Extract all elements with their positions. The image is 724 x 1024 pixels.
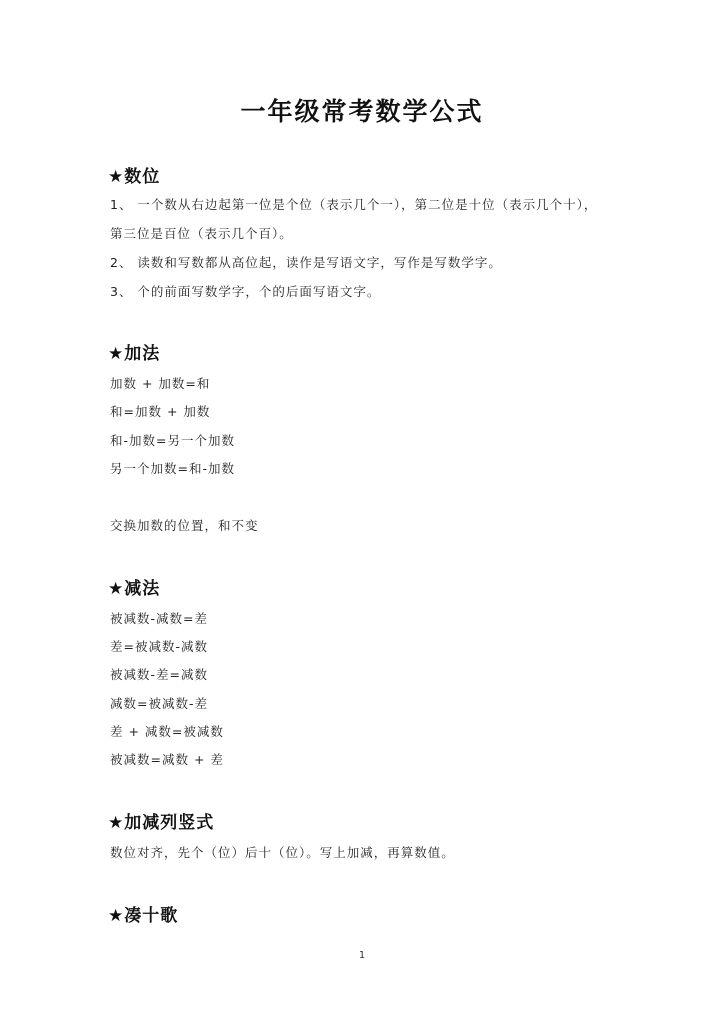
section-heading-vertical-calculation: ★加减列竖式 <box>108 808 214 833</box>
formula-line: 和-加数=另一个加数 <box>110 431 235 449</box>
document-title: 一年级常考数学公式 <box>0 92 724 128</box>
section-heading-subtraction: ★减法 <box>108 574 160 599</box>
formula-line: 差=被减数-减数 <box>110 637 208 655</box>
rule-line: 交换加数的位置，和不变 <box>110 516 259 534</box>
formula-line: 减数=被减数-差 <box>110 694 208 712</box>
section-heading-make-ten-song: ★凑十歌 <box>108 901 178 926</box>
section-heading-addition: ★加法 <box>108 339 160 364</box>
section-heading-place-value: ★数位 <box>108 162 160 187</box>
formula-line: 被减数-差=减数 <box>110 665 208 683</box>
document-page: 一年级常考数学公式 ★数位 1、 一个数从右边起第一位是个位（表示几个一），第二… <box>0 0 724 1024</box>
rule-line: 数位对齐，先个（位）后十（位）。写上加减，再算数值。 <box>110 843 455 861</box>
formula-line: 被减数-减数=差 <box>110 609 208 627</box>
section-line: 3、 个的前面写数学字，个的后面写语文字。 <box>110 282 380 300</box>
formula-line: 被减数=减数 + 差 <box>110 750 224 768</box>
formula-line: 和=加数 + 加数 <box>110 402 210 420</box>
page-number: 1 <box>0 950 724 961</box>
formula-line: 差 + 减数=被减数 <box>110 722 224 740</box>
section-line: 1、 一个数从右边起第一位是个位（表示几个一），第二位是十位（表示几个十）， <box>110 195 597 213</box>
section-line: 2、 读数和写数都从高位起，读作是写语文字，写作是写数学字。 <box>110 253 502 271</box>
formula-line: 另一个加数=和-加数 <box>110 459 235 477</box>
formula-line: 加数 + 加数=和 <box>110 374 210 392</box>
section-line: 第三位是百位（表示几个百）。 <box>110 224 293 242</box>
